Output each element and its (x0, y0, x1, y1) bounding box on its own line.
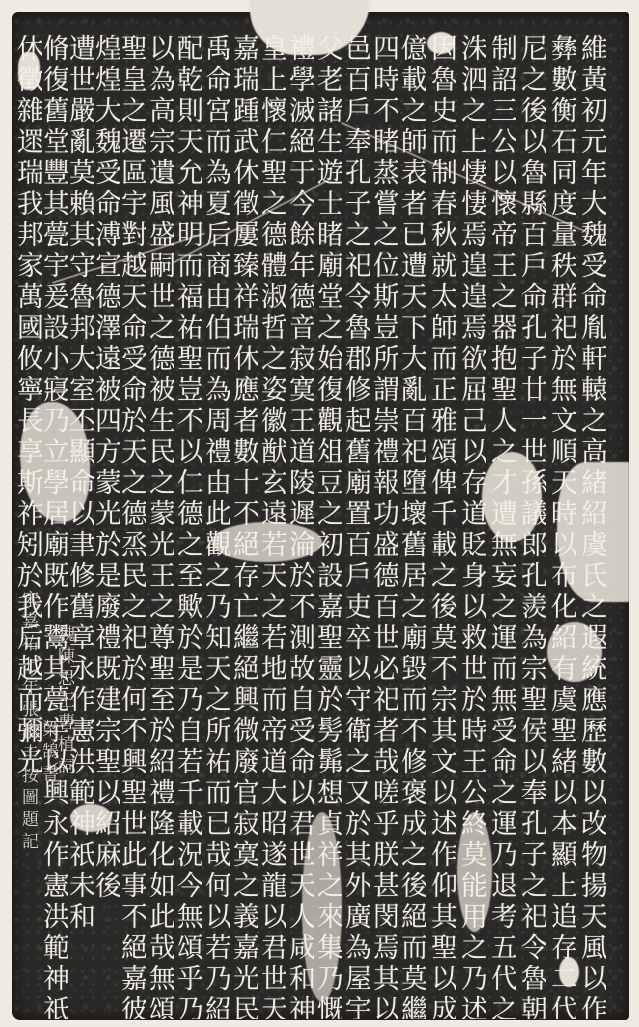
inscription-column: 遭世嚴亂莫賴其守魯邦大室丕顯命以聿修舊章永作憲洪範神祇未和 (65, 34, 94, 1019)
inscription-column: 制詔三公以懷帝王之器抱聖人之才遭無妄之運而無受命之運乃退考五代之禮修素王之事 (487, 34, 516, 1019)
inscription-column: 維黃初元年大魏受命胤軒轅之高緒紹虞氏之遐統應歷數以改物揚天風以作教於是揖五瑞班宗 (577, 34, 606, 1019)
inscription-column: 邑百戶奉孔子之祀令魯郡修起舊廟置百戶吏卒以守衛之又於其外廣為屋宇以居學者於是魯之 (341, 34, 370, 1019)
inscription-column: 禹命宮而為夏后商由伯而為周禮由此觀之乃知天之所祐而已哉何以若乃紹繼撤絕路寡之義 (201, 34, 230, 1019)
inscription-column: 禮學滅絕于今餘年德音寂寞王道陵遲淪於不測故自受命以君世天人咸和神氣烟煴 (285, 34, 314, 1019)
inscription-column: 脩復舊堂豐其甍宇爰設小寢乃立學居廟既作鬻其甍宇以興永作憲洪範神祇未和 (39, 34, 68, 1019)
inscription-column: 父老諸生遊士睹廟堂之始復觀俎豆之初設嘉聖靈於髣髴想貞祥之來集乃慨然而歎曰大道衰廢 (313, 34, 342, 1019)
inscription-column: 彝數衡石同度量秩群祀於無文順天時以布化紹有虞聖緒以本顯上追存二代三恪之禮兼紹宣 (547, 34, 576, 1019)
inscription-column: 配乾則天允神明而福祐聖豈不以仁德之至歟於是乃自若千載況今無頌乎乃作頌曰 (173, 34, 202, 1019)
inscription-column: 因魯史而制春秋就太師而正雅頌俾千載之後莫不宗其文以述作仰其聖以成謀咨可謂命世大聖 (427, 34, 456, 1019)
inscription-column: 尼之後以魯縣百戶命孔子廿一世孫議郎孔羨為宗聖侯以奉孔子之祀令魯朝教化乎天 (517, 34, 546, 1019)
inscription-column: 以為高宗遺風盛嗣世之德被生民之蒙光王之尊聖至於紹禮隆化如此哉無頌乎乃作頌曰 (145, 34, 174, 1019)
stele-rubbing: 維黃初元年大魏受命胤軒轅之高緒紹虞氏之遐統應歷數以改物揚天風以作教於是揖五瑞班宗… (12, 12, 629, 1020)
colophon-line: 宋嘉祐七年張稚圭按圖題記 (16, 590, 41, 854)
inscription-column: 休徵雜遝瑞我邦家萬國攸寧長享斯祚矧於我后越而彌光 (13, 34, 42, 1019)
inscription-column: 四時不睹蒸嘗之位斯豈所謂崇禮報功盛德百世必祀者哉嗟乎朕甚閔焉其以議郎孔羨為宗聖侯 (369, 34, 398, 1019)
inscription-column: 嘉瑞踵武休徵屢臻祥瑞休應者數十不絕存亡繼絕興微廢官寂寞之義嘉光民庶之事 (229, 34, 258, 1019)
inscription-column: 煌煌大魏受命溥宣德澤遠被四方蒙光於是廢禮既建宗聖以紹麻後 (91, 34, 120, 1019)
inscription-column: 洙泗之上悽悽焉遑遑焉欲屈己以存道貶身以救世於時王公終莫能用之乃述成謀以可謂命世大… (457, 34, 486, 1019)
inscription-column: 聖皇之遷區宇對越天命受命於天之德烝民之祀於何不興聖世此事不絕嘉彼至聖有遐其靈 (117, 34, 146, 1019)
inscription-column: 皇上懷仁聖之德體淑哲之姿徽猷玄遠若天之若地而帝道大昭遂龍以君世天人咸和神氣烟煴 (257, 34, 286, 1019)
inscription-column: 億載之師表者已遭天下大亂百祀墮壞舊居之廟毀而不修褒成之後絕而莫繼闕里不聞講頌之聲 (397, 34, 426, 1019)
